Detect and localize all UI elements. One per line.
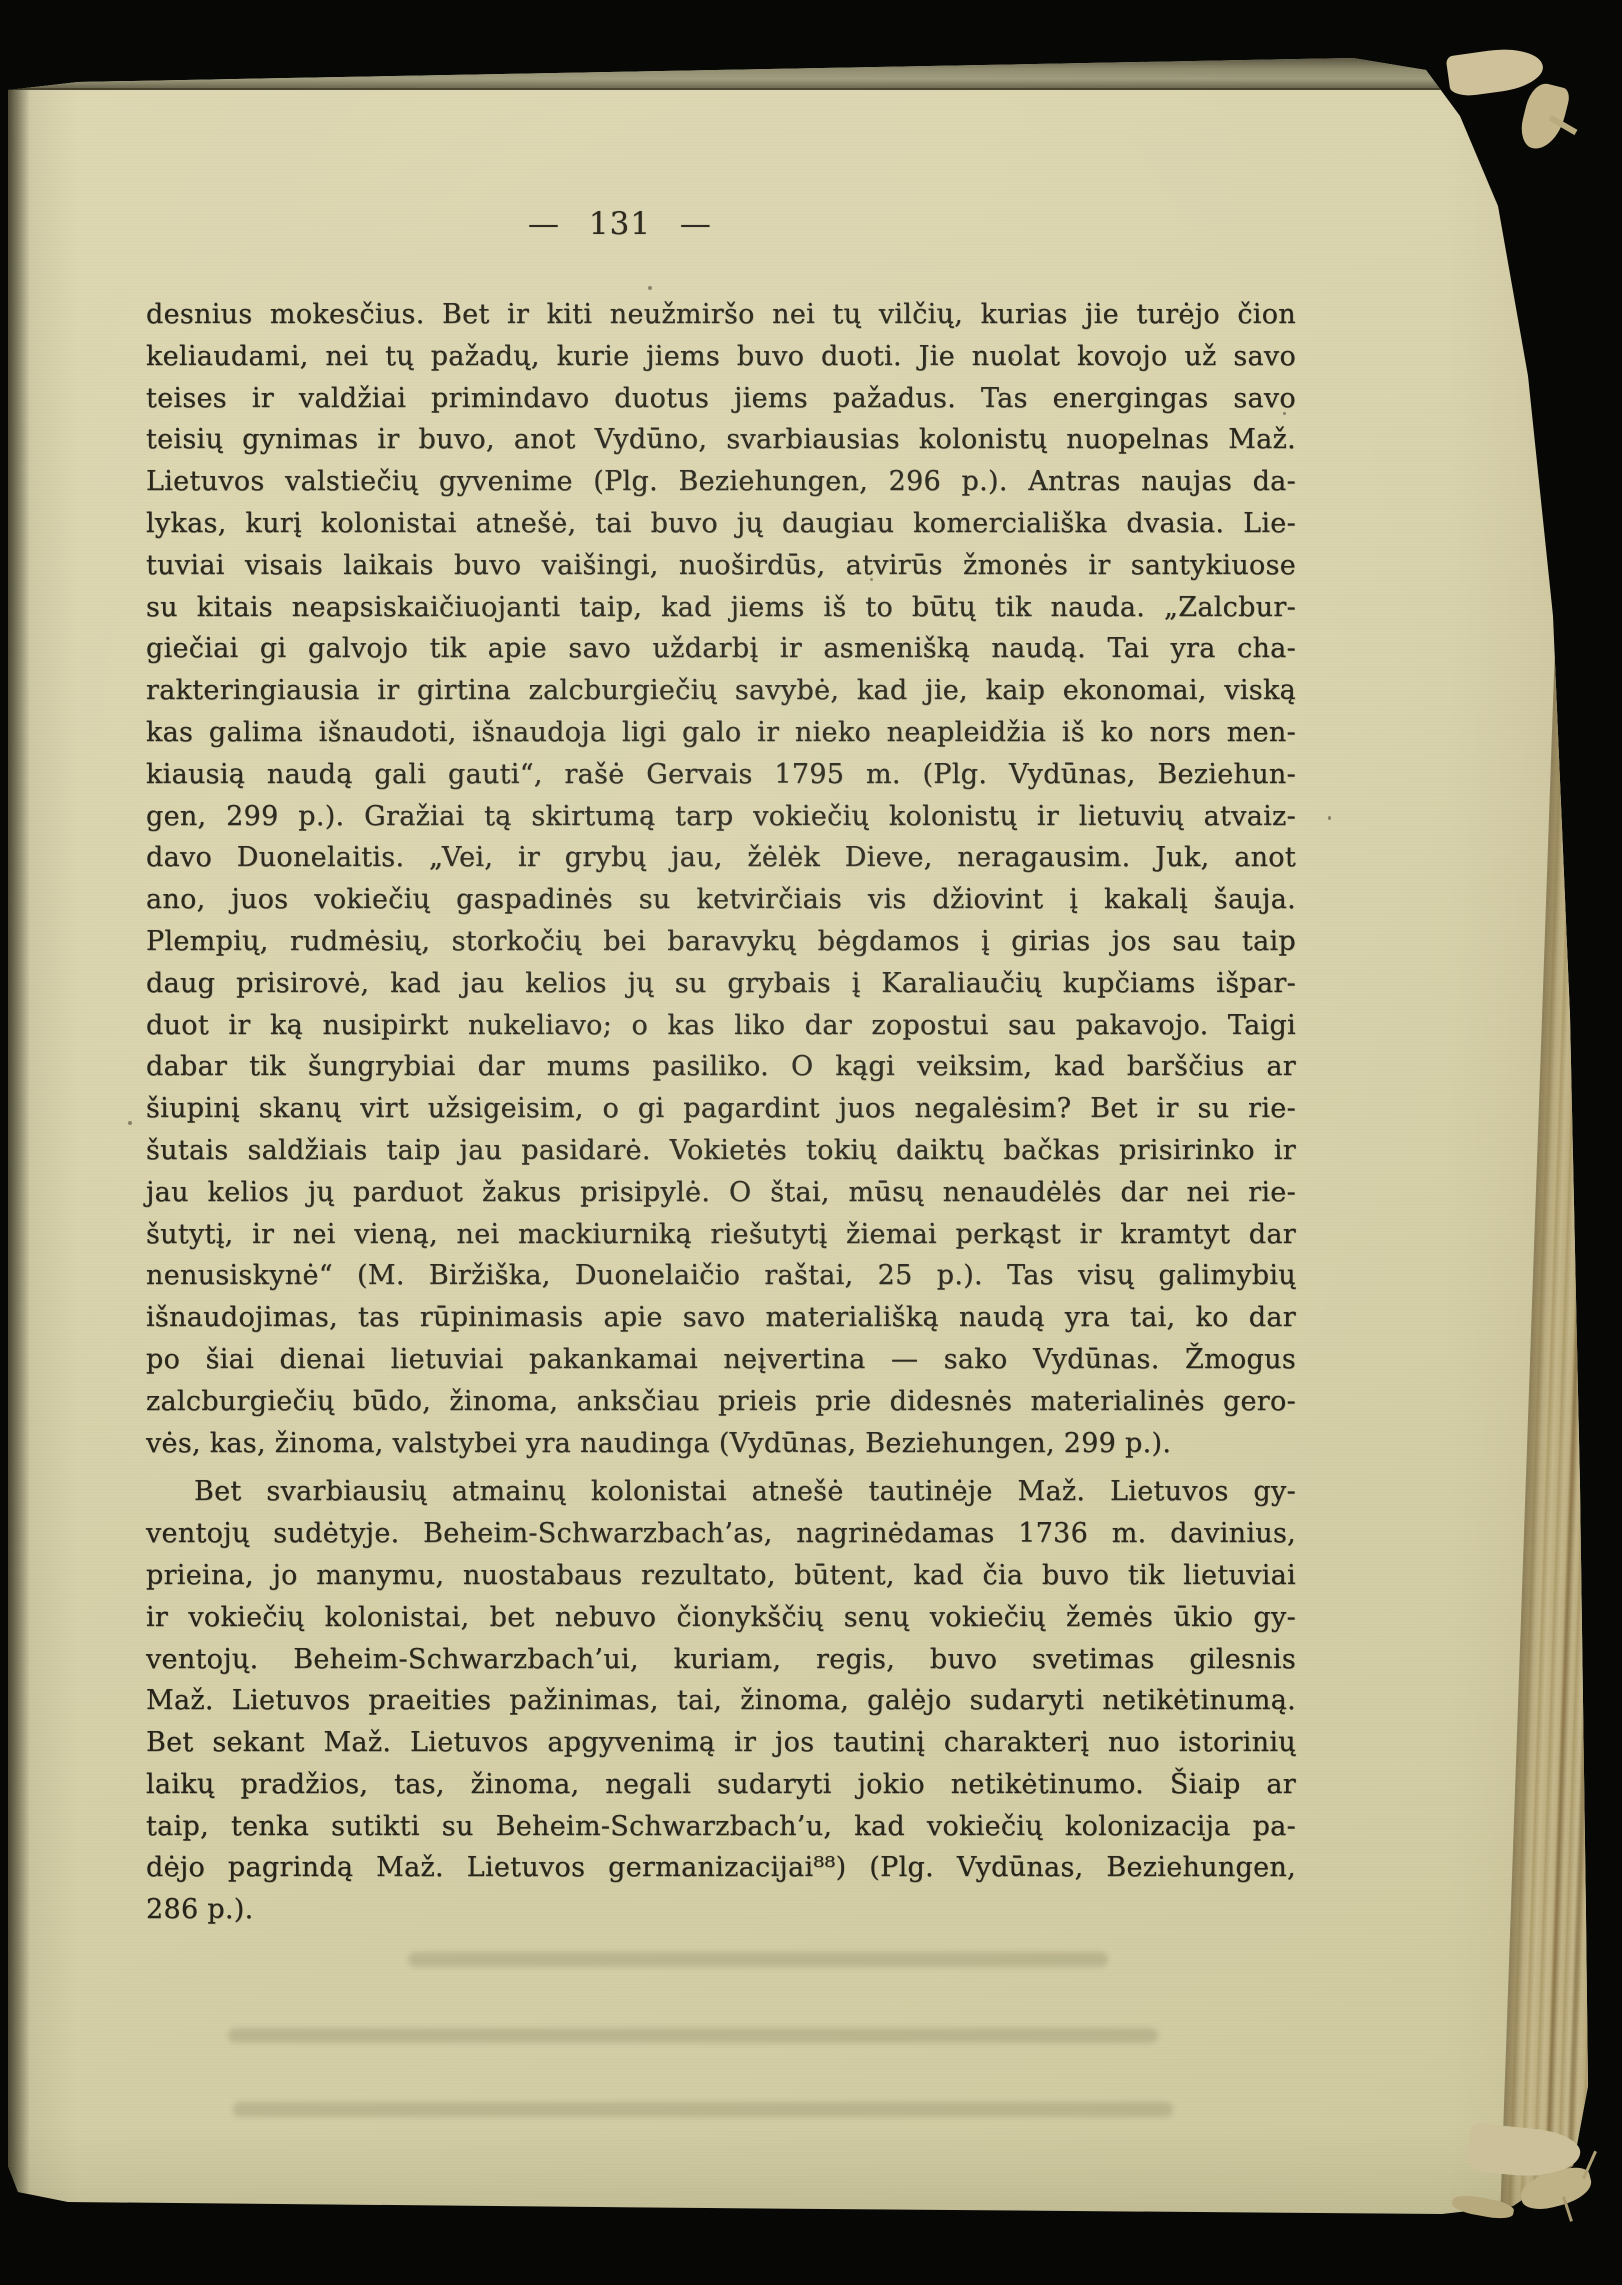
- text-line: taip, tenka sutikti su Beheim-Schwarzbac…: [146, 1806, 1296, 1848]
- page-top-edge: [8, 56, 1478, 90]
- page-number: — 131 —: [420, 206, 820, 242]
- text-line: dėjo pagrindą Maž. Lietuvos germanizacij…: [146, 1847, 1296, 1889]
- text-line: davo Duonelaitis. „Vei, ir grybų jau, žė…: [146, 837, 1296, 879]
- text-line: šutytį, ir nei vieną, nei mackiurniką ri…: [146, 1214, 1296, 1256]
- text-line: keliaudami, nei tų pažadų, kurie jiems b…: [146, 336, 1296, 378]
- text-line: kiausią naudą gali gauti“, rašė Gervais …: [146, 754, 1296, 796]
- frayed-thread-artifact: [1562, 2196, 1573, 2222]
- bleed-through-artifact: [408, 1952, 1108, 1967]
- text-line: ventojų sudėtyje. Beheim-Schwarzbach’as,…: [146, 1513, 1296, 1555]
- text-line: kas galima išnaudoti, išnaudoja ligi gal…: [146, 712, 1296, 754]
- torn-corner-artifact: [1517, 80, 1572, 154]
- text-line: Maž. Lietuvos praeities pažinimas, tai, …: [146, 1680, 1296, 1722]
- text-line: išnaudojimas, tas rūpinimasis apie savo …: [146, 1297, 1296, 1339]
- text-line: šutais saldžiais taip jau pasidarė. Voki…: [146, 1130, 1296, 1172]
- text-line: gen, 299 p.). Gražiai tą skirtumą tarp v…: [146, 796, 1296, 838]
- text-line: jau kelios jų parduot žakus prisipylė. O…: [146, 1172, 1296, 1214]
- text-line: Bet svarbiausių atmainų kolonistai atneš…: [146, 1471, 1296, 1513]
- text-line: po šiai dienai lietuviai pakankamai neįv…: [146, 1339, 1296, 1381]
- text-line: tuviai visais laikais buvo vaišingi, nuo…: [146, 545, 1296, 587]
- frayed-thread-artifact: [1582, 2151, 1597, 2180]
- dust-speck: [128, 1121, 132, 1125]
- bleed-through-artifact: [233, 2102, 1173, 2117]
- text-block: desnius mokesčius. Bet ir kiti neužmiršo…: [146, 294, 1296, 1931]
- paragraph: desnius mokesčius. Bet ir kiti neužmiršo…: [146, 294, 1296, 1464]
- text-line: vės, kas, žinoma, valstybei yra naudinga…: [146, 1423, 1296, 1465]
- text-line: zalcburgiečių būdo, žinoma, anksčiau pri…: [146, 1381, 1296, 1423]
- dust-speck: [1328, 816, 1331, 820]
- text-line: rakteringiausia ir girtina zalcburgiečių…: [146, 670, 1296, 712]
- torn-corner-artifact: [1549, 115, 1578, 135]
- text-line: lykas, kurį kolonistai atnešė, tai buvo …: [146, 503, 1296, 545]
- text-line: ir vokiečių kolonistai, bet nebuvo čiony…: [146, 1597, 1296, 1639]
- torn-corner-artifact: [1446, 44, 1546, 99]
- text-line: Bet sekant Maž. Lietuvos apgyvenimą ir j…: [146, 1722, 1296, 1764]
- text-line: daug prisirovė, kad jau kelios jų su gry…: [146, 963, 1296, 1005]
- text-line: nenusiskynė“ (M. Biržiška, Duonelaičio r…: [146, 1255, 1296, 1297]
- text-line: prieina, jo manymu, nuostabaus rezultato…: [146, 1555, 1296, 1597]
- text-line: teises ir valdžiai primindavo duotus jie…: [146, 378, 1296, 420]
- page-gutter-shadow: [8, 56, 30, 2216]
- text-line: laikų pradžios, tas, žinoma, negali suda…: [146, 1764, 1296, 1806]
- paragraph: Bet svarbiausių atmainų kolonistai atneš…: [146, 1471, 1296, 1931]
- text-line: Lietuvos valstiečių gyvenime (Plg. Bezie…: [146, 461, 1296, 503]
- text-line: 286 p.).: [146, 1889, 1296, 1931]
- book-fore-edge: [1500, 48, 1622, 2222]
- scanner-background: { "page": { "page_number": "— 131 —", "p…: [0, 0, 1622, 2285]
- text-line: dabar tik šungrybiai dar mums pasiliko. …: [146, 1046, 1296, 1088]
- text-line: desnius mokesčius. Bet ir kiti neužmiršo…: [146, 294, 1296, 336]
- bleed-through-artifact: [228, 2028, 1158, 2043]
- text-line: ano, juos vokiečių gaspadinės su ketvirč…: [146, 879, 1296, 921]
- book-page: — 131 — desnius mokesčius. Bet ir kiti n…: [8, 56, 1596, 2216]
- text-line: giečiai gi galvojo tik apie savo uždarbį…: [146, 628, 1296, 670]
- text-line: duot ir ką nusipirkt nukeliavo; o kas li…: [146, 1005, 1296, 1047]
- text-line: Plempių, rudmėsių, storkočių bei baravyk…: [146, 921, 1296, 963]
- dust-speck: [648, 286, 652, 290]
- text-line: šiupinį skanų virt užsigeisim, o gi paga…: [146, 1088, 1296, 1130]
- text-line: ventojų. Beheim-Schwarzbach’ui, kuriam, …: [146, 1639, 1296, 1681]
- text-line: teisių gynimas ir buvo, anot Vydūno, sva…: [146, 419, 1296, 461]
- text-line: su kitais neapsiskaičiuojanti taip, kad …: [146, 587, 1296, 629]
